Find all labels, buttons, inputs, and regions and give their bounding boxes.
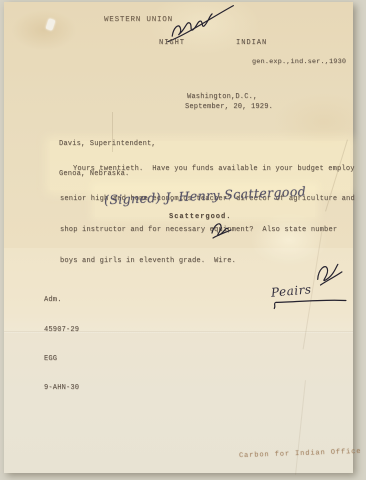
file-line: 9-AHN-30: [44, 384, 79, 394]
file-line: Adm.: [44, 296, 79, 306]
dateline-place: Washington,D.C.,: [187, 92, 257, 102]
dateline-date: September, 20, 1929.: [185, 102, 273, 112]
category-label: INDIAN: [236, 38, 267, 48]
body-line: Yours twentieth. Have you funds availabl…: [60, 164, 355, 174]
handwritten-initials-icon: [306, 257, 347, 289]
handwritten-initials-icon: [205, 218, 235, 240]
file-number-block: Adm. 45907-29 EGG 9-AHN-30: [44, 277, 79, 413]
file-line: EGG: [44, 355, 79, 365]
file-reference: gen.exp.,ind.ser.,1930: [252, 57, 346, 67]
scanned-telegram-page: WESTERN UNION NIGHT INDIAN gen.exp.,ind.…: [0, 0, 366, 480]
service-class-label: NIGHT: [159, 38, 185, 48]
file-line: 45907-29: [44, 326, 79, 336]
